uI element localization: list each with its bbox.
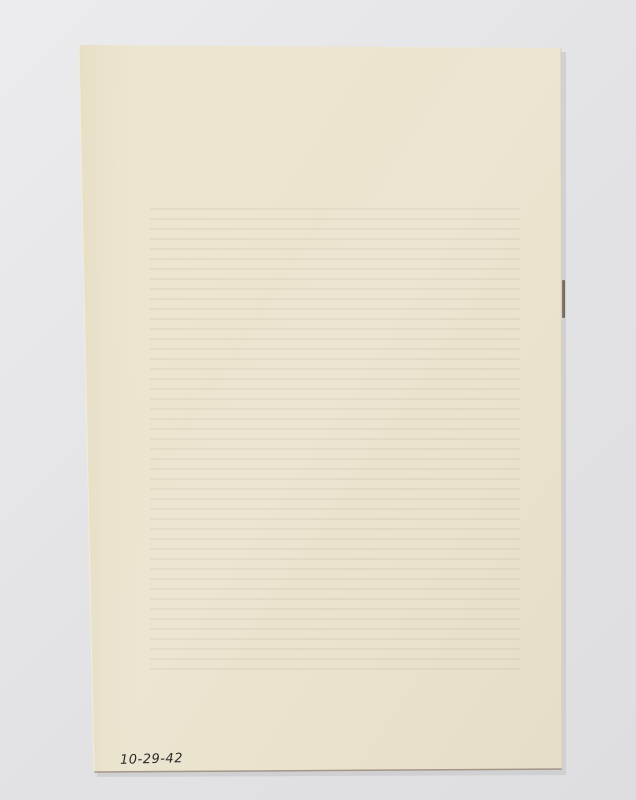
pamphlet-back-cover: [0, 0, 636, 800]
staple-edge: [562, 280, 565, 318]
handwritten-date: 10-29-42: [120, 751, 183, 768]
